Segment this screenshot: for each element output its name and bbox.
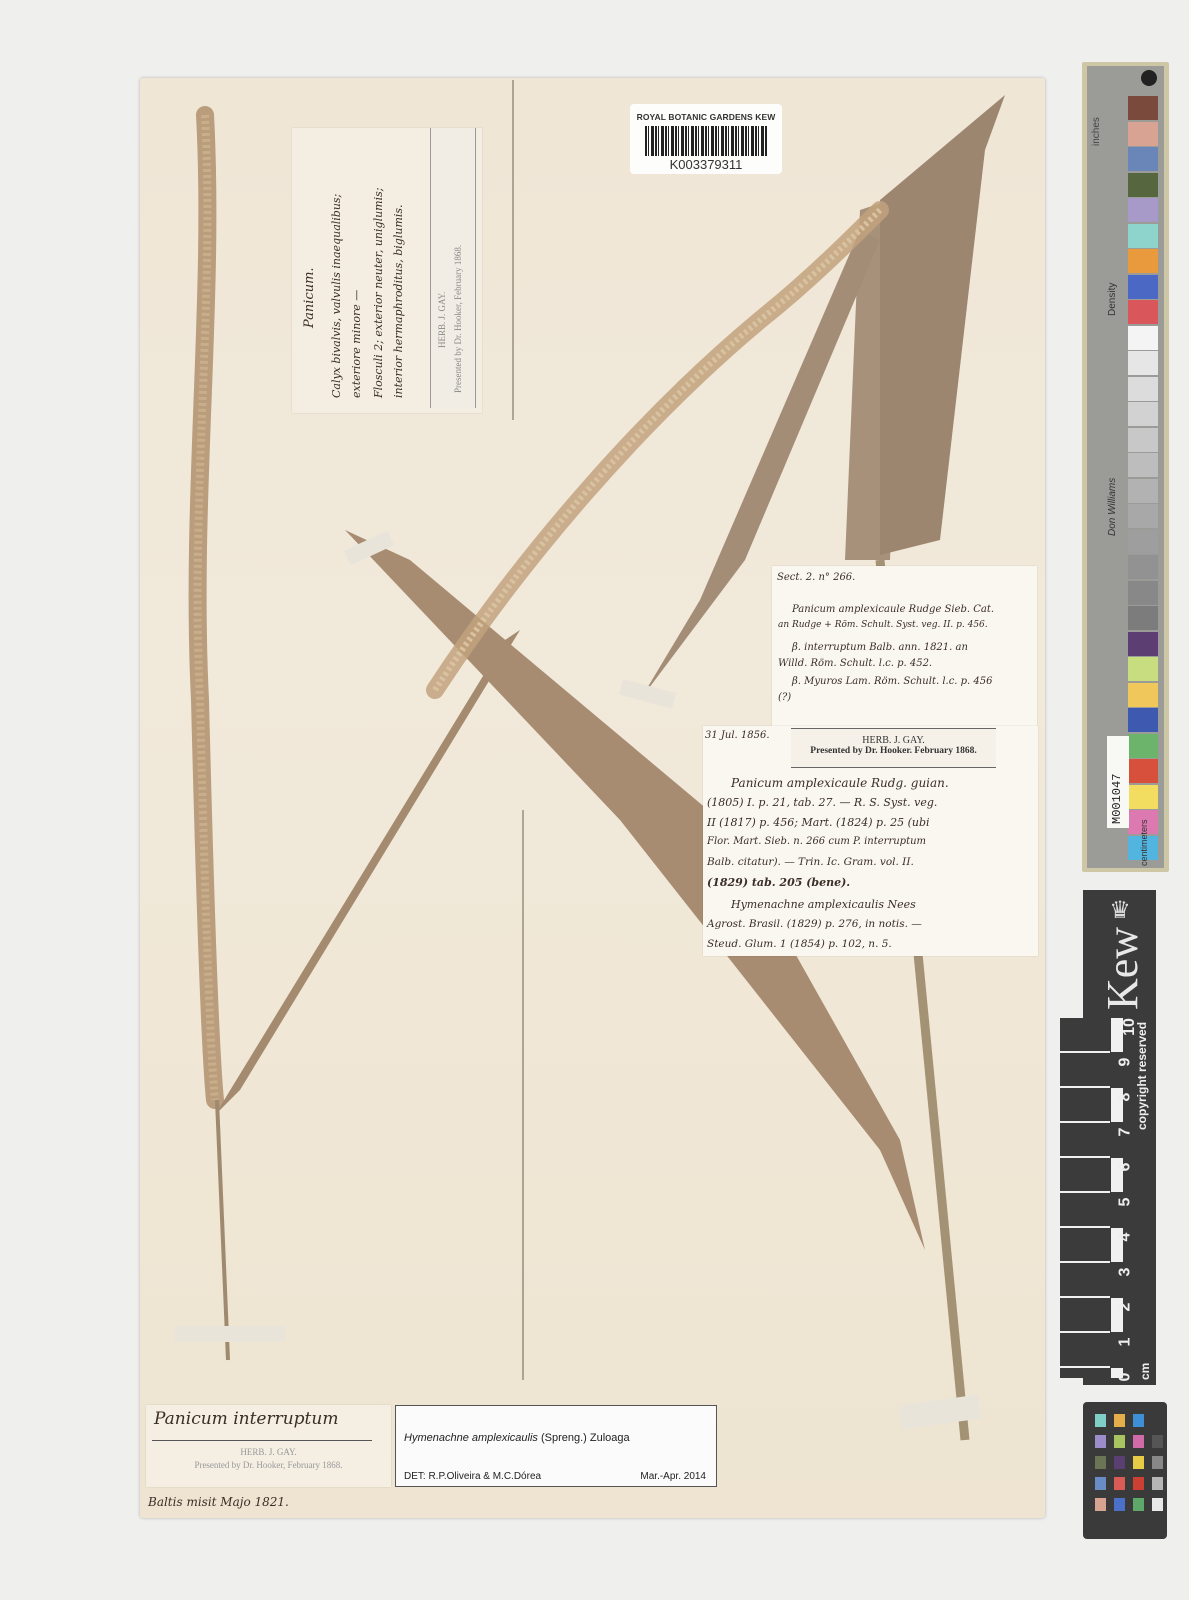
checker-swatch — [1152, 1498, 1163, 1511]
divider — [152, 1440, 372, 1441]
genus-note-line-3: Flosculi 2; exterior neuter, uniglumis; — [372, 188, 385, 398]
genus-note-line-2: exteriore minore — — [350, 290, 363, 398]
taxon-name: Hymenachne amplexicaulis — [404, 1432, 538, 1444]
genus-note-line-1: Calyx bivalvis, valvulis inaequalibus; — [330, 194, 343, 398]
brand-label: Don Williams — [1107, 478, 1118, 536]
barcode-number: K003379311 — [630, 157, 782, 172]
colour-swatch — [1128, 96, 1158, 120]
colour-swatch — [1128, 147, 1158, 171]
original-name: Panicum interruptum — [154, 1409, 338, 1429]
checker-swatch — [1114, 1477, 1125, 1490]
chart-id-sticker: M001047 — [1107, 736, 1129, 828]
checker-swatch — [1114, 1435, 1125, 1448]
scale-tick-label: 9 — [1116, 1058, 1134, 1067]
gay-line-9: Steud. Glum. 1 (1854) p. 102, n. 5. — [707, 938, 892, 950]
colour-swatch — [1128, 632, 1158, 656]
determination-date: Mar.-Apr. 2014 — [640, 1471, 706, 1482]
colour-swatch — [1128, 453, 1158, 477]
colour-swatch — [1128, 504, 1158, 528]
colour-swatch — [1128, 122, 1158, 146]
gay-line-3: II (1817) p. 456; Mart. (1824) p. 25 (ub… — [707, 816, 930, 829]
checker-swatch — [1152, 1435, 1163, 1448]
sect-label: Sect. 2. n° 266. Panicum amplexicaule Ru… — [772, 566, 1037, 726]
checker-swatch — [1095, 1414, 1106, 1427]
sect-line-2: an Rudge + Röm. Schult. Syst. veg. II. p… — [778, 620, 988, 630]
inches-label: inches — [1091, 117, 1102, 146]
scale-tick-label: 10 — [1121, 1018, 1139, 1036]
herb-gay-label: 31 Jul. 1856. HERB. J. GAY. Presented by… — [703, 726, 1038, 956]
sect-line-3: β. interruptum Balb. ann. 1821. an — [792, 642, 968, 653]
herb-gay-stamp: HERB. J. GAY. Presented by Dr. Hooker. F… — [791, 728, 996, 768]
sect-line-4: Willd. Röm. Schult. l.c. p. 452. — [778, 658, 932, 669]
barcode-icon — [645, 126, 767, 156]
colour-swatch — [1128, 224, 1158, 248]
checker-swatch — [1152, 1477, 1163, 1490]
gay-line-2: (1805) I. p. 21, tab. 27. — R. S. Syst. … — [707, 796, 937, 809]
colour-bar-body: inches Density Don Williams M001047 cent… — [1087, 66, 1164, 868]
gay-line-5: Balb. citatur). — Trin. Ic. Gram. vol. I… — [707, 856, 914, 868]
colour-swatch — [1128, 275, 1158, 299]
gay-line-6: (1829) tab. 205 (bene). — [707, 876, 850, 889]
stamp-line-2: Presented by Dr. Hooker. February 1868. — [791, 746, 996, 756]
checker-swatch — [1152, 1456, 1163, 1469]
stamp-line-2: Presented by Dr. Hooker, February 1868. — [453, 245, 463, 393]
unit-label: cm — [1138, 1363, 1152, 1380]
gay-line-1: Panicum amplexicaule Rudg. guian. — [731, 776, 949, 790]
colour-swatch — [1128, 300, 1158, 324]
herb-gay-stamp-vertical: HERB. J. GAY. Presented by Dr. Hooker, F… — [430, 128, 476, 408]
stamp-line-2: Presented by Dr. Hooker, February 1868. — [146, 1460, 391, 1470]
colour-swatch — [1128, 734, 1158, 758]
copyright-text: copyright reserved — [1135, 1022, 1149, 1130]
original-name-label: Panicum interruptum HERB. J. GAY. Presen… — [146, 1405, 391, 1487]
colour-swatch — [1128, 606, 1158, 630]
scale-tick-label: 0 — [1116, 1373, 1134, 1382]
checker-swatch — [1114, 1456, 1125, 1469]
locality-note: Baltis misit Majo 1821. — [148, 1495, 289, 1509]
colour-swatch — [1128, 708, 1158, 732]
checker-swatch — [1133, 1435, 1144, 1448]
colour-swatch — [1128, 173, 1158, 197]
scale-tick-label: 5 — [1116, 1198, 1134, 1207]
gay-line-7: Hymenachne amplexicaulis Nees — [731, 898, 916, 911]
checker-swatch — [1114, 1414, 1125, 1427]
colour-swatch — [1128, 249, 1158, 273]
colour-swatch — [1128, 198, 1158, 222]
checker-swatch — [1133, 1414, 1144, 1427]
colour-swatch — [1128, 479, 1158, 503]
stamp-line-1: HERB. J. GAY. — [437, 292, 447, 348]
genus-note-line-4: interior hermaphroditus, biglumis. — [392, 204, 405, 398]
colour-swatch — [1128, 555, 1158, 579]
checker-swatch — [1114, 1498, 1125, 1511]
chart-id: M001047 — [1110, 774, 1124, 824]
sect-line-5: β. Myuros Lam. Röm. Schult. l.c. p. 456 — [792, 676, 993, 687]
stamp-line-1: HERB. J. GAY. — [146, 1447, 391, 1457]
scale-tick-label: 6 — [1116, 1163, 1134, 1172]
barcode-label: ROYAL BOTANIC GARDENS KEW K003379311 — [630, 104, 782, 174]
colour-checker-card — [1083, 1402, 1167, 1539]
kew-logo: Kew — [1097, 927, 1148, 1010]
determination-taxon: Hymenachne amplexicaulis (Spreng.) Zuloa… — [404, 1432, 630, 1444]
checker-swatch — [1133, 1477, 1144, 1490]
colour-swatch — [1128, 785, 1158, 809]
crest-icon: ♛ — [1105, 896, 1135, 930]
checker-swatch — [1095, 1477, 1106, 1490]
scale-tick-label: 4 — [1116, 1233, 1134, 1242]
institution-name: ROYAL BOTANIC GARDENS KEW — [630, 112, 782, 122]
gay-line-4: Flor. Mart. Sieb. n. 266 cum P. interrup… — [707, 836, 926, 847]
scale-tick-label: 7 — [1116, 1128, 1134, 1137]
genus-note-title: Panicum. — [302, 267, 317, 328]
gay-line-8: Agrost. Brasil. (1829) p. 276, in notis.… — [707, 918, 922, 930]
colour-reference-bar: inches Density Don Williams M001047 cent… — [1082, 62, 1169, 872]
determiner: DET: R.P.Oliveira & M.C.Dórea — [404, 1471, 541, 1482]
scale-tick-label: 3 — [1116, 1268, 1134, 1277]
density-label: Density — [1107, 283, 1118, 316]
colour-swatch — [1128, 377, 1158, 401]
colour-swatch — [1128, 351, 1158, 375]
taxon-author: (Spreng.) Zuloaga — [541, 1432, 630, 1444]
checker-swatch — [1133, 1498, 1144, 1511]
sect-line-6: (?) — [778, 692, 791, 703]
checker-swatch — [1133, 1456, 1144, 1469]
colour-swatch — [1128, 402, 1158, 426]
colour-swatch — [1128, 759, 1158, 783]
collection-date: 31 Jul. 1856. — [705, 730, 770, 741]
checker-swatch — [1095, 1435, 1106, 1448]
scale-tick-label: 8 — [1116, 1093, 1134, 1102]
sect-header: Sect. 2. n° 266. — [777, 572, 855, 583]
checker-swatch — [1095, 1456, 1106, 1469]
scale-blocks — [1060, 1018, 1110, 1378]
scale-tick-label: 2 — [1116, 1303, 1134, 1312]
colour-swatch — [1128, 683, 1158, 707]
sect-line-1: Panicum amplexicaule Rudge Sieb. Cat. — [792, 604, 994, 615]
centimeters-label: centimeters — [1139, 819, 1149, 866]
colour-swatch — [1128, 581, 1158, 605]
genus-note-label: Panicum. Calyx bivalvis, valvulis inaequ… — [292, 128, 482, 413]
determination-label: Hymenachne amplexicaulis (Spreng.) Zuloa… — [395, 1405, 717, 1487]
stamp-line-1: HERB. J. GAY. — [791, 735, 996, 746]
hole-icon — [1141, 70, 1157, 86]
colour-swatch — [1128, 657, 1158, 681]
kew-scale-bar: ♛ Kew copyright reserved 012345678910 cm — [1083, 890, 1156, 1385]
scale-tick-label: 1 — [1116, 1338, 1134, 1347]
checker-swatch — [1095, 1498, 1106, 1511]
colour-swatch — [1128, 428, 1158, 452]
colour-swatch — [1128, 326, 1158, 350]
colour-swatch — [1128, 530, 1158, 554]
